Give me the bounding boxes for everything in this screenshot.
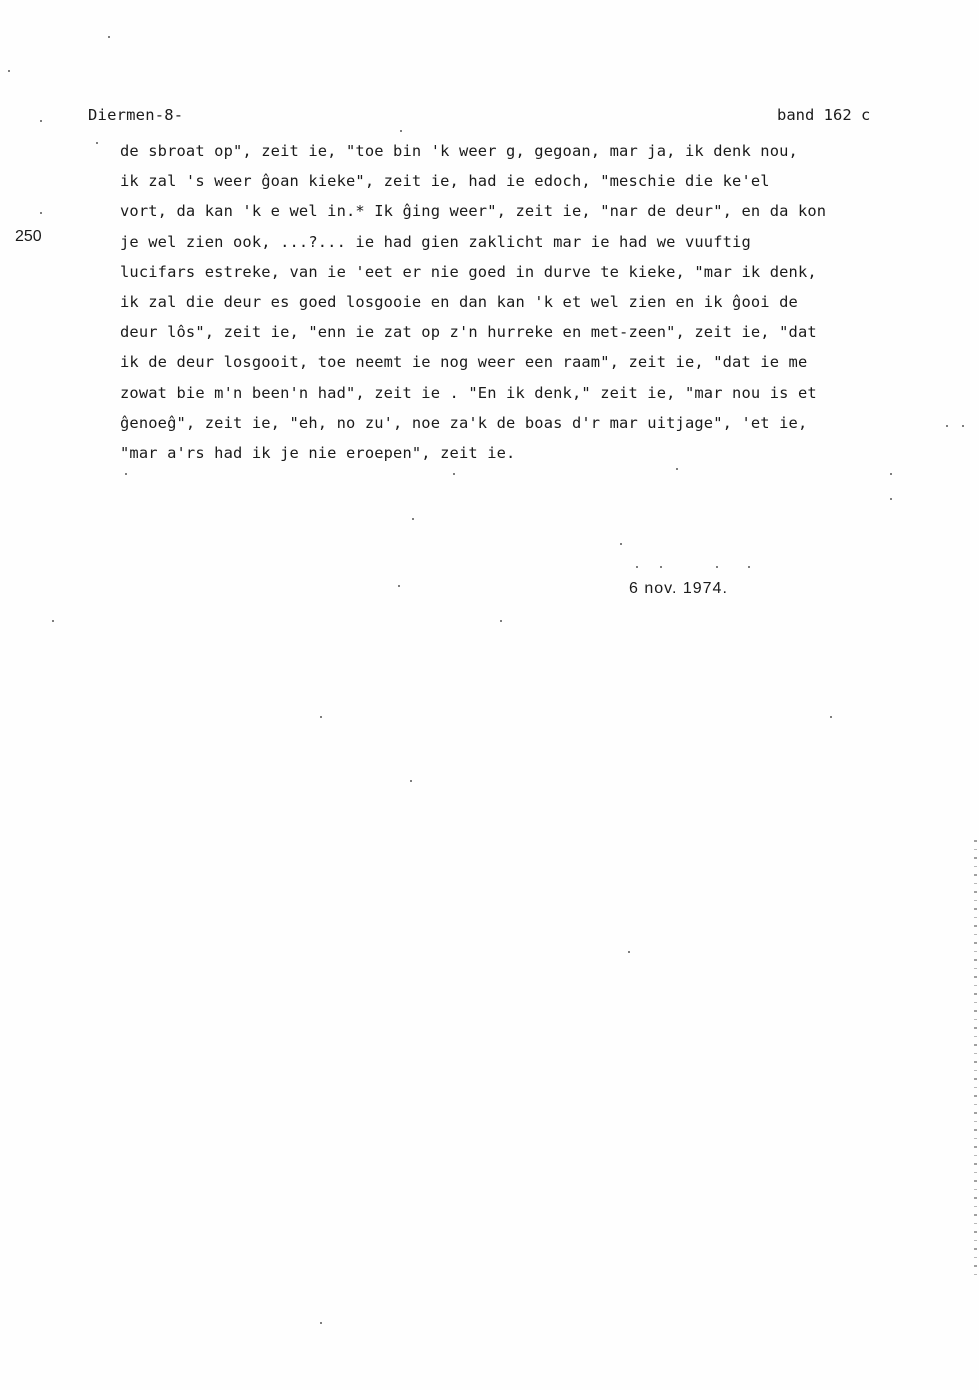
- scan-speck: [412, 518, 414, 520]
- scan-speck: [890, 473, 892, 475]
- transcript-line: ik zal die deur es goed losgooie en dan …: [120, 287, 940, 317]
- page-header-location: Diermen-8-: [88, 106, 183, 124]
- scan-speck: [320, 716, 322, 718]
- transcript-line: deur lôs", zeit ie, "enn ie zat op z'n h…: [120, 317, 940, 347]
- scan-speck: [628, 951, 630, 953]
- scan-speck: [636, 566, 638, 568]
- scan-speck: [620, 543, 622, 545]
- scan-speck: [830, 716, 832, 718]
- scan-speck: [660, 566, 662, 568]
- document-page: Diermen-8- band 162 c 250 de sbroat op",…: [0, 0, 979, 1390]
- transcript-line: zowat bie m'n been'n had", zeit ie . "En…: [120, 378, 940, 408]
- scan-speck: [398, 585, 400, 587]
- transcript-line: ĝenoeĝ", zeit ie, "eh, no zu', noe za'k …: [120, 408, 940, 438]
- scan-speck: [400, 130, 402, 132]
- scan-speck: [40, 212, 42, 214]
- scan-speck: [676, 468, 678, 470]
- scan-speck: [453, 473, 455, 475]
- transcript-body: de sbroat op", zeit ie, "toe bin 'k weer…: [120, 136, 940, 468]
- scan-speck: [946, 425, 948, 427]
- scan-speck: [52, 620, 54, 622]
- scan-speck: [716, 566, 718, 568]
- transcript-line: vort, da kan 'k e wel in.* Ik ĝing weer"…: [120, 196, 940, 226]
- scan-speck: [748, 566, 750, 568]
- perforation-edge-marks: [974, 840, 977, 1280]
- transcript-line: je wel zien ook, ...?... ie had gien zak…: [120, 227, 940, 257]
- scan-speck: [40, 120, 42, 122]
- document-date: 6 nov. 1974.: [629, 580, 728, 598]
- scan-speck: [108, 36, 110, 38]
- margin-line-number: 250: [15, 228, 42, 246]
- page-header-tape-reference: band 162 c: [777, 106, 870, 124]
- transcript-line: "mar a'rs had ik je nie eroepen", zeit i…: [120, 438, 940, 468]
- scan-speck: [962, 425, 964, 427]
- scan-speck: [890, 498, 892, 500]
- scan-speck: [320, 1322, 322, 1324]
- scan-speck: [96, 142, 98, 144]
- scan-speck: [125, 473, 127, 475]
- scan-speck: [500, 620, 502, 622]
- scan-speck: [410, 780, 412, 782]
- transcript-line: lucifars estreke, van ie 'eet er nie goe…: [120, 257, 940, 287]
- transcript-line: de sbroat op", zeit ie, "toe bin 'k weer…: [120, 136, 940, 166]
- transcript-line: ik de deur losgooit, toe neemt ie nog we…: [120, 347, 940, 377]
- transcript-line: ik zal 's weer ĝoan kieke", zeit ie, had…: [120, 166, 940, 196]
- scan-speck: [8, 70, 10, 72]
